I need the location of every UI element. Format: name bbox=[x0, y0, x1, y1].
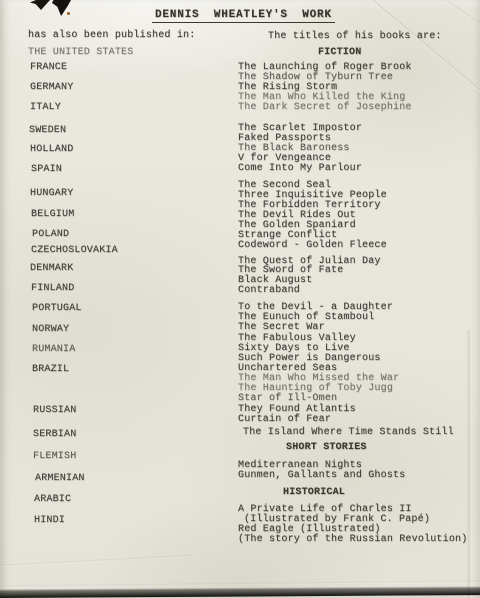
book-title: The Secret War bbox=[238, 323, 325, 333]
country-item: HUNGARY bbox=[30, 189, 73, 199]
book-title-note: (The story of the Russian Revolution) bbox=[238, 535, 467, 545]
country-item: FRANCE bbox=[30, 63, 67, 73]
document-title: DENNIS WHEATLEY'S WORK bbox=[152, 9, 335, 23]
book-title: Curtain of Fear bbox=[238, 415, 331, 425]
scan-edge-strip bbox=[0, 586, 480, 598]
book-title: Star of Ill-Omen bbox=[238, 394, 337, 404]
country-item: ITALY bbox=[30, 103, 61, 113]
country-item: SPAIN bbox=[31, 165, 62, 175]
paper-fold-shadow bbox=[466, 330, 472, 598]
country-item: SWEDEN bbox=[29, 126, 66, 136]
book-title: The Dark Secret of Josephine bbox=[238, 103, 412, 113]
country-item: RUSSIAN bbox=[33, 406, 76, 416]
country-item: THE UNITED STATES bbox=[28, 48, 133, 58]
section-header-historical: HISTORICAL bbox=[283, 488, 345, 498]
country-item: SERBIAN bbox=[33, 430, 76, 440]
book-title: Gunmen, Gallants and Ghosts bbox=[238, 471, 405, 481]
country-item: ARMENIAN bbox=[35, 474, 85, 484]
book-title: Contraband bbox=[238, 286, 300, 296]
country-item: ARABIC bbox=[34, 495, 71, 505]
country-item: DENMARK bbox=[30, 264, 73, 274]
section-header-fiction: FICTION bbox=[318, 48, 361, 58]
section-header-short-stories: SHORT STORIES bbox=[286, 443, 367, 453]
scanned-document-page: DENNIS WHEATLEY'S WORK has also been pub… bbox=[0, 0, 480, 598]
torn-paper-mark bbox=[30, 0, 50, 10]
country-item: HINDI bbox=[34, 516, 65, 526]
country-item: FINLAND bbox=[31, 284, 74, 294]
country-item: GERMANY bbox=[30, 83, 73, 93]
country-item: BELGIUM bbox=[31, 210, 74, 220]
country-item: HOLLAND bbox=[30, 145, 73, 155]
country-item: POLAND bbox=[32, 230, 69, 240]
book-title: The Island Where Time Stands Still bbox=[243, 428, 454, 438]
paper-crease bbox=[0, 555, 192, 567]
country-item: PORTUGAL bbox=[32, 304, 82, 314]
left-column-heading: has also been published in: bbox=[28, 31, 195, 41]
country-item: RUMANIA bbox=[32, 345, 75, 355]
country-item: NORWAY bbox=[32, 325, 69, 335]
country-item: BRAZIL bbox=[32, 365, 69, 375]
book-title: Come Into My Parlour bbox=[238, 164, 362, 174]
right-column-heading: The titles of his books are: bbox=[268, 32, 442, 42]
book-title: Codeword - Golden Fleece bbox=[238, 241, 387, 251]
country-item: CZECHOSLOVAKIA bbox=[31, 246, 118, 256]
rust-speck bbox=[67, 12, 70, 15]
country-item: FLEMISH bbox=[33, 452, 76, 462]
